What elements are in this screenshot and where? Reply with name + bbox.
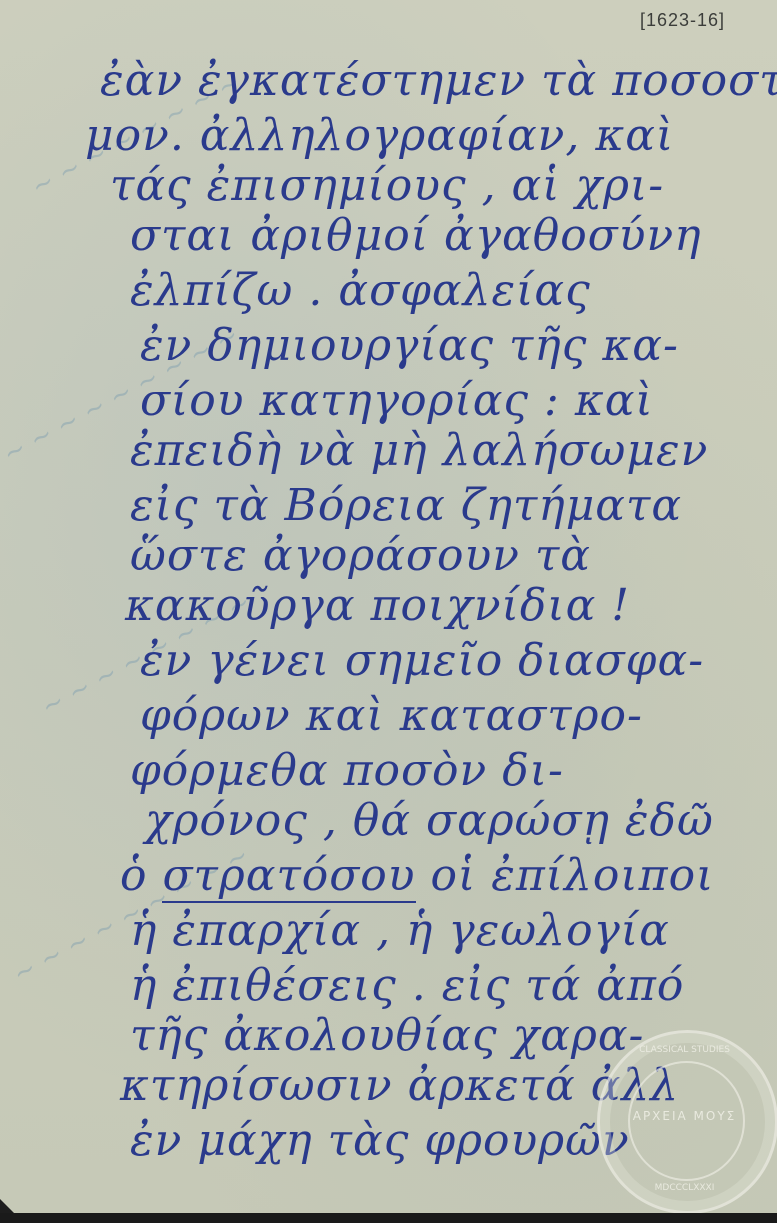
handwritten-line: σται ἀριθμοί ἀγαθοσύνη: [130, 210, 702, 261]
handwritten-line: ἡ ἐπαρχία , ἡ γεωλογία: [130, 905, 670, 956]
handwritten-line: ἐν μάχη τὰς φρουρῶν: [130, 1115, 630, 1166]
handwritten-line: κακοῦργα ποιχνίδια !: [125, 580, 630, 631]
handwritten-line: ἡ ἐπιθέσεις . εἰς τά ἀπό: [130, 960, 684, 1011]
manuscript-page: ~ ~ ~ ~ ~ ~ ~ ~ ~ ~ ~ ~ ~ ~ ~ ~ ~ ~ ~ ~ …: [0, 0, 777, 1213]
handwritten-line: φόρων καὶ καταστρο-: [140, 690, 643, 741]
torn-corner: [0, 1199, 14, 1213]
handwritten-line: χρόνος , θά σαρώσῃ ἐδῶ: [145, 795, 714, 846]
handwritten-line: τῆς ἀκολουθίας χαρα-: [130, 1010, 644, 1061]
handwritten-line: ἐὰν ἐγκατέστημεν τὰ ποσοστ-: [100, 55, 777, 106]
handwritten-line: ὥστε ἀγοράσουν τὰ: [130, 530, 591, 581]
handwritten-line: ὁ στρατόσου οἱ ἐπίλοιποι: [120, 850, 714, 901]
handwritten-line: εἰς τὰ Βόρεια ζητήματα: [130, 480, 682, 531]
underlined-word: στρατόσου: [162, 850, 415, 903]
seal-center-text: ΑΡΧΕΙΑ ΜΟΥΣ: [600, 1109, 769, 1123]
seal-top-text: CLASSICAL STUDIES: [600, 1045, 769, 1055]
handwritten-line: ἐπειδὴ νὰ μὴ λαλήσωμεν: [130, 425, 708, 476]
handwritten-line: τάς ἐπισημίους , αἱ χρι-: [110, 160, 664, 211]
handwritten-line: σίου κατηγορίας : καὶ: [140, 375, 654, 426]
handwritten-line: ἐλπίζω . ἀσφαλείας: [130, 265, 591, 316]
scan-border: [0, 1213, 777, 1223]
handwritten-line: φόρμεθα ποσὸν δι-: [130, 745, 564, 796]
seal-bottom-text: MDCCCLXXXI: [600, 1183, 769, 1193]
handwritten-line: ἐν δημιουργίας τῆς κα-: [140, 320, 679, 371]
handwritten-line: ἐν γένει σημεῖο διασφα-: [140, 635, 704, 686]
handwritten-line: μον. ἀλληλογραφίαν, καὶ: [85, 110, 674, 161]
handwritten-line: κτηρίσωσιν ἀρκετά ἀλλ: [120, 1060, 679, 1111]
archive-reference-number: [1623-16]: [640, 10, 725, 31]
embossed-seal-icon: CLASSICAL STUDIES ΑΡΧΕΙΑ ΜΟΥΣ MDCCCLXXXI: [597, 1030, 777, 1213]
